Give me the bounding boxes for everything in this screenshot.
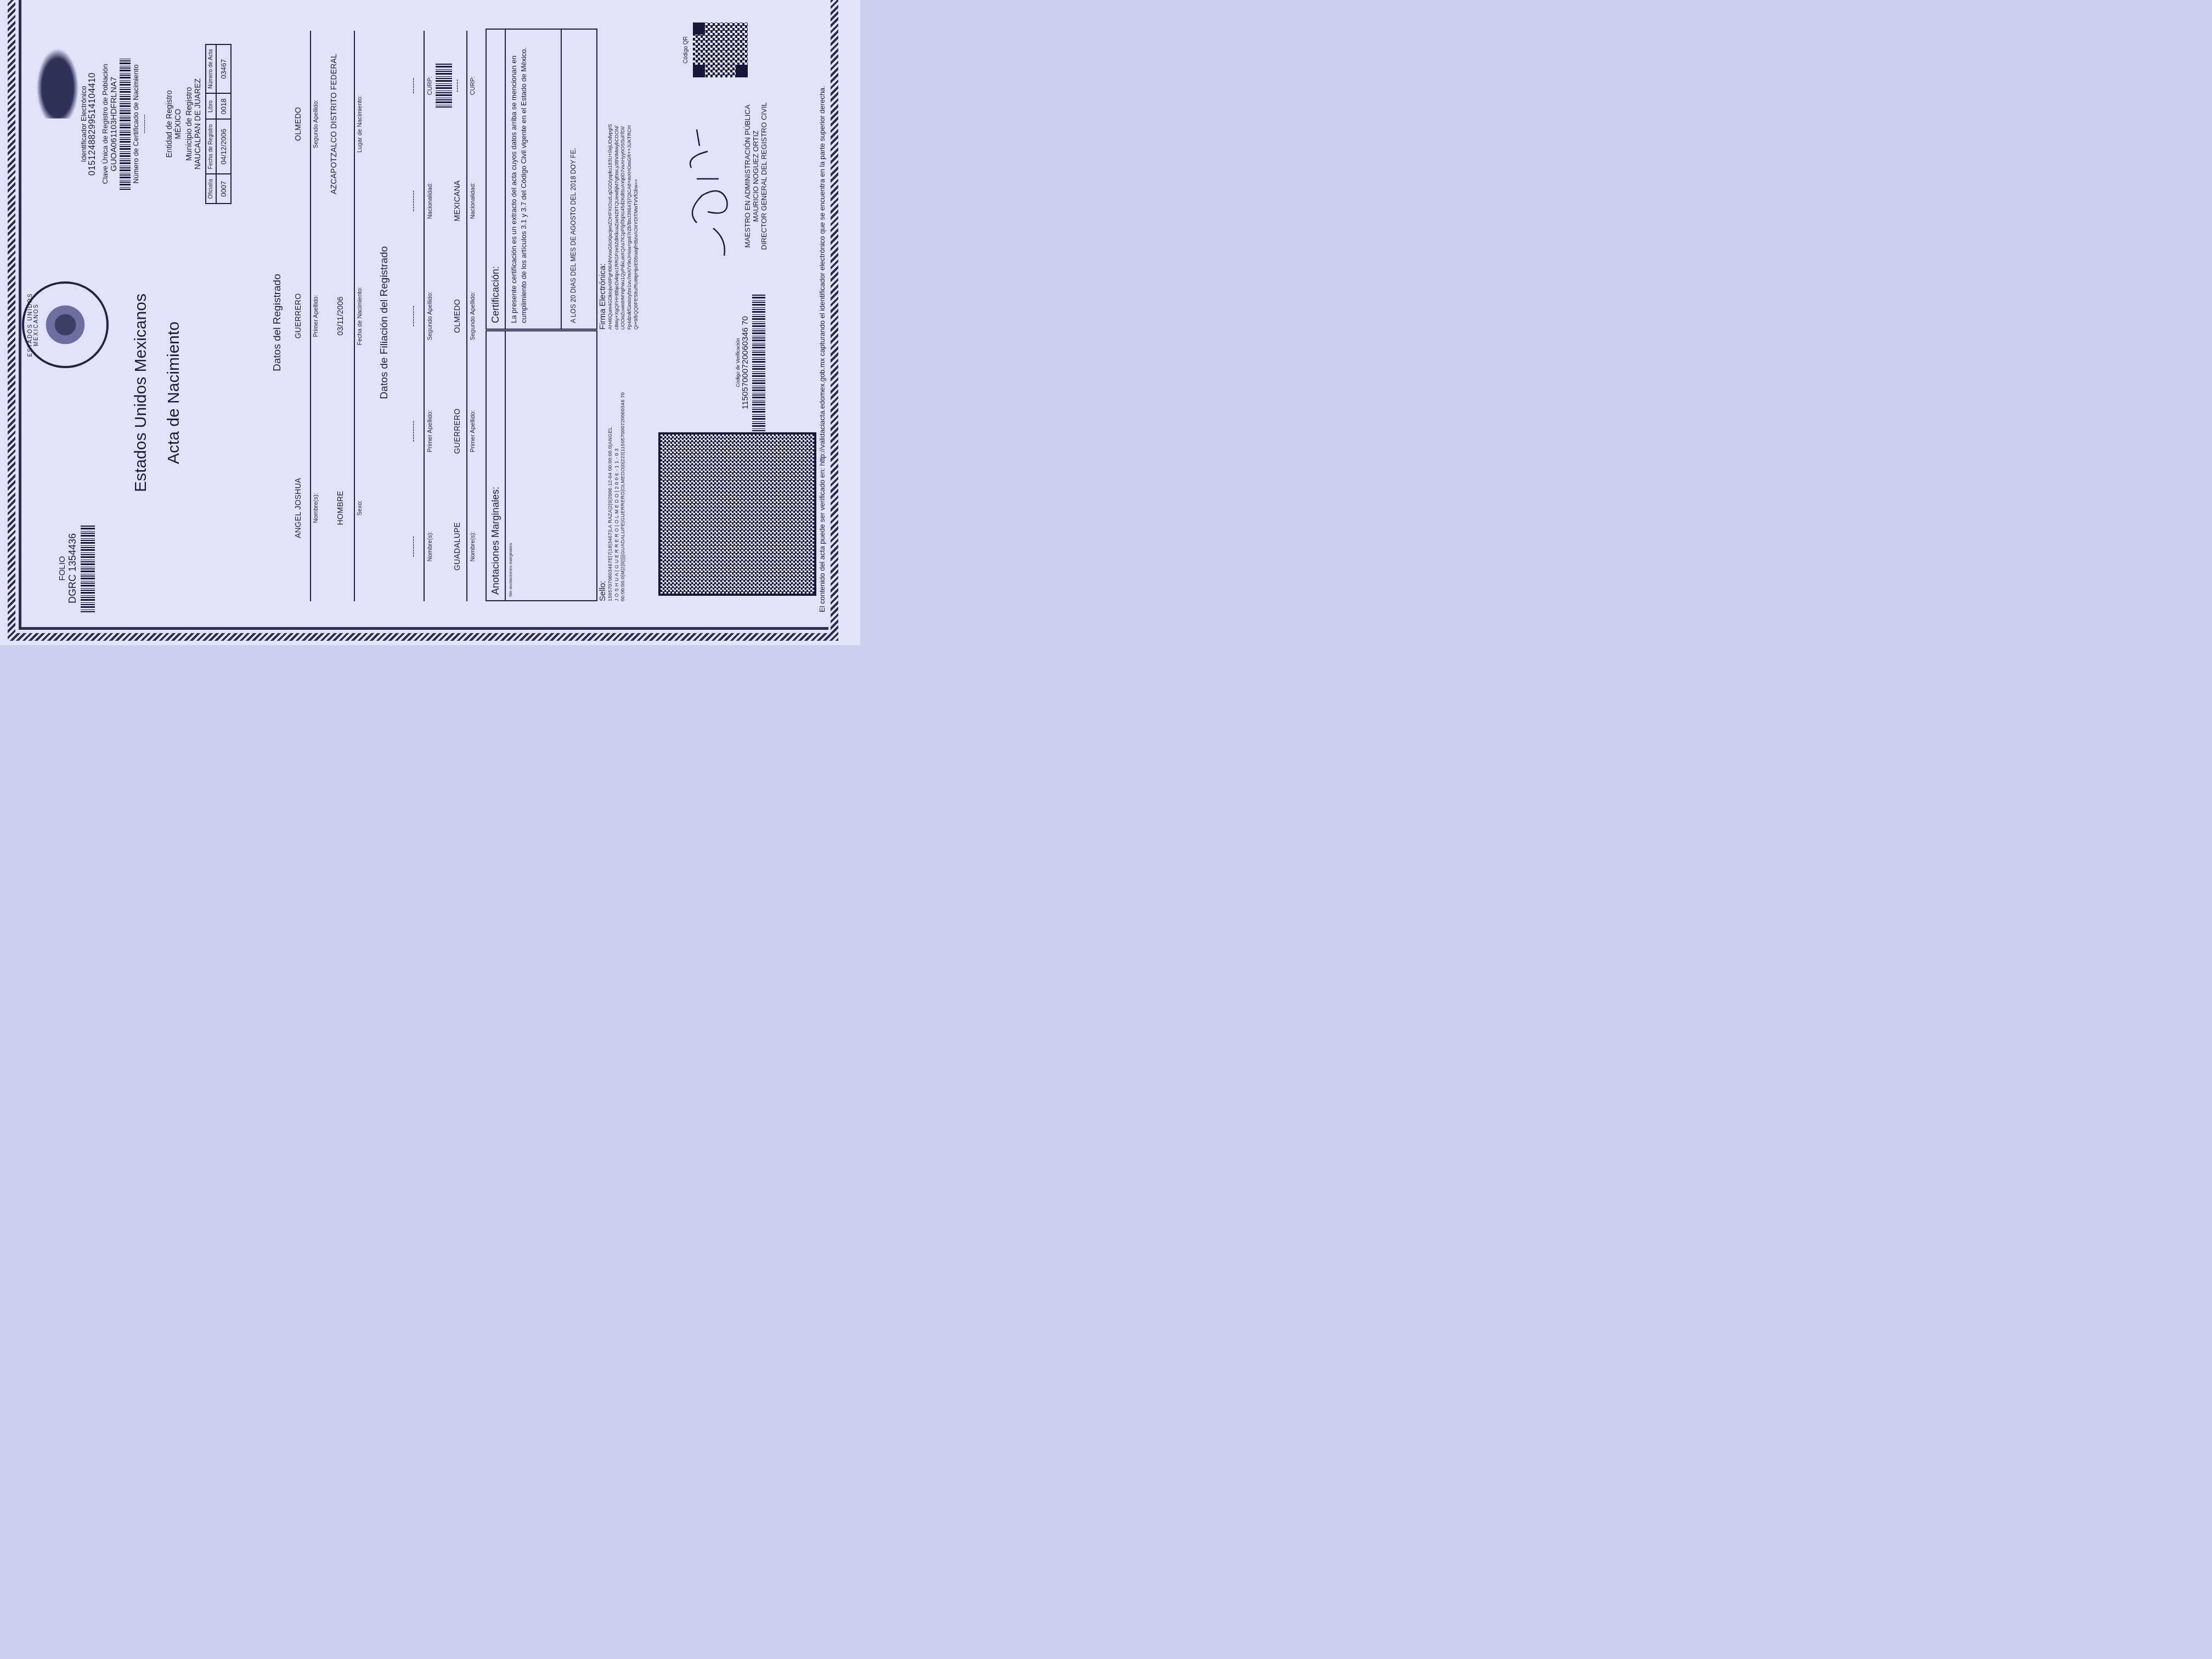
country-title: Estados Unidos Mexicanos	[132, 250, 150, 535]
registrant-birth-date: 03/11/2006	[336, 234, 345, 398]
certification-date: A LOS 20 DIAS DEL MES DE AGOSTO DEL 2018…	[562, 30, 585, 329]
divider	[310, 31, 311, 601]
registrant-first-surname: GUERRERO	[294, 234, 302, 398]
signature-line: c8my+XgQFHHBbjeDvktpo1RRGPze9ZdIKkoaZseN…	[614, 31, 620, 330]
folio-block: FOLIO DGRC 1354436	[58, 524, 95, 612]
qr-code[interactable]	[691, 21, 749, 79]
label-mother-nationality: Nacionalidad:	[470, 146, 476, 256]
verification-barcode	[752, 294, 765, 431]
certification-body: La presente certificación es un extracto…	[506, 30, 562, 329]
registry-block: Entidad de Registro MÉXICO Municipio de …	[165, 25, 232, 223]
certification-title: Certificación:	[487, 30, 506, 329]
municipality-label: Municipio de Registro	[184, 25, 193, 223]
value-libro: 0018	[216, 93, 231, 119]
seal-block: Sello: 15057070603467E|7|18|3467|LA RAZA…	[598, 332, 627, 601]
header-libro: Libro	[206, 93, 216, 119]
qr-block: Código QR	[683, 20, 749, 80]
verification-footnote: El contenido del acta puede ser verifica…	[817, 20, 827, 612]
label-birth-date: Fecha de Nacimiento:	[357, 234, 363, 398]
divider	[466, 31, 467, 601]
birth-cert-number-label: Número de Certificado de Nacimiento	[132, 31, 140, 217]
mother-second-surname: OLMEDO	[453, 261, 461, 371]
entity-value: MÉXICO	[173, 25, 182, 223]
registrant-birth-place: AZCAPOTZALCO DISTRITO FEDERAL	[329, 42, 338, 206]
curp-label: Clave Única de Registro de Población	[101, 31, 109, 217]
annotations-box: Anotaciones Marginales: Sin anotaciones …	[486, 330, 597, 601]
birth-certificate-document: FOLIO DGRC 1354436 ESTADOS UNIDOS MEXICA…	[0, 0, 860, 645]
seal-line: 15057070603467E|7|18|3467|LA RAZA|2|9|20…	[607, 332, 614, 601]
handwritten-signature-icon	[675, 124, 741, 261]
label-mother-first-surname: Primer Apellido:	[470, 376, 476, 486]
registry-table: Oficialía Fecha de Registro Libro Número…	[205, 44, 232, 204]
signature-line: AH40Qum4GDkIojvA0PgH06AbVxwG6cKjxcjenZOH…	[607, 31, 614, 330]
seal-line: 00:00:00.0|M|2|9|||||GUADALUPE|GUERRERO|…	[620, 332, 627, 601]
annotations-title: Anotaciones Marginales:	[487, 331, 506, 600]
label-birth-place: Lugar de Nacimiento:	[357, 42, 363, 206]
father-values: -------- -------- -------- -------- ----…	[409, 31, 425, 601]
registrant-sex: HOMBRE	[336, 426, 345, 590]
label-father-second-surname: Segundo Apellido:	[427, 261, 433, 371]
verification-label: Código de Verificación	[735, 294, 741, 431]
verification-value: 115057000720060346 70	[741, 294, 750, 431]
national-seal-icon: ESTADOS UNIDOS MEXICANOS	[22, 281, 109, 368]
mother-curp: -----	[453, 31, 461, 140]
curp-value: GUOA061103HDFRLNA7	[109, 31, 119, 217]
label-father-names: Nombre(s):	[427, 492, 433, 601]
signature-label: Firma Electrónica:	[598, 31, 607, 330]
parents-section-title: Datos de Filiación del Registrado	[379, 0, 391, 645]
entity-label: Entidad de Registro	[165, 25, 173, 223]
mother-nationality: MEXICANA	[453, 146, 461, 256]
label-names: Nombre(s):	[313, 426, 319, 590]
certification-box: Certificación: La presente certificación…	[486, 29, 597, 330]
electronic-id-value: 01512488299514104410	[88, 31, 98, 217]
qr-label: Código QR	[683, 20, 689, 80]
signature-block: Firma Electrónica: AH40Qum4GDkIojvA0PgH0…	[598, 31, 639, 330]
value-oficialia: 0007	[216, 174, 231, 204]
seal-line: J O S H U A | G U E R R E R O | O L M E …	[614, 332, 620, 601]
value-numero-acta: 03467	[216, 44, 231, 94]
header-fecha-registro: Fecha de Registro	[206, 119, 216, 174]
folio-label: FOLIO	[58, 524, 67, 612]
seal-text: ESTADOS UNIDOS MEXICANOS	[27, 284, 39, 366]
value-fecha-registro: 04/12/2006	[216, 119, 231, 174]
verification-block: Código de Verificación 11505700072006034…	[735, 294, 765, 431]
mother-names: GUADALUPE	[453, 492, 461, 601]
signature-line: Fp4dzvkfGmIsIyfze1vu7mX/Y9nJHsIa+gs67rZb…	[627, 31, 633, 330]
label-mother-names: Nombre(s):	[470, 492, 476, 601]
annotations-content: Sin anotaciones marginales	[506, 331, 515, 600]
header-oficialia: Oficialía	[206, 174, 216, 204]
father-nationality: --------	[409, 146, 417, 256]
father-curp: ------	[409, 31, 417, 140]
header-numero-acta: Número de Acta	[206, 44, 216, 94]
label-father-nationality: Nacionalidad:	[427, 146, 433, 256]
document-title: Acta de Nacimiento	[165, 250, 183, 535]
mother-first-surname: GUERRERO	[453, 376, 461, 486]
label-mother-curp: CURP:	[470, 31, 476, 140]
label-second-surname: Segundo Apellido:	[313, 42, 319, 206]
father-names: --------	[409, 492, 417, 601]
folio-barcode	[81, 524, 95, 612]
signature-line: UOOnZuvm9IMYqPwu1QyPdxLmXQAs7K1pP/pf3qXc…	[620, 31, 627, 330]
seal-label: Sello:	[598, 332, 607, 601]
signer-title: DIRECTOR GENERAL DEL REGISTRO CIVIL	[760, 58, 768, 294]
birth-cert-number-value: --------	[140, 31, 148, 217]
registrant-section-title: Datos del Registrado	[272, 0, 284, 645]
signer-degree: MAESTRO EN ADMINISTRACIÓN PÚBLICA	[743, 58, 752, 294]
father-first-surname: --------	[409, 376, 417, 486]
label-father-first-surname: Primer Apellido:	[427, 376, 433, 486]
father-curp-barcode	[436, 64, 452, 108]
municipality-value: NAUCALPAN DE JUAREZ	[193, 25, 202, 223]
label-father-curp: CURP:	[427, 31, 433, 140]
father-second-surname: --------	[409, 261, 417, 371]
divider	[354, 31, 355, 601]
seal-qr-code[interactable]	[658, 432, 816, 596]
signature-line: QI+9/bQQ0PES8u/RuWpHjsIE05ratqfHBzvAOIrY…	[633, 31, 640, 330]
curp-barcode	[120, 58, 131, 190]
label-sex: Sexo:	[357, 426, 363, 590]
state-map-icon	[33, 42, 82, 119]
label-mother-second-surname: Segundo Apellido:	[470, 261, 476, 371]
folio-value: DGRC 1354436	[67, 524, 78, 612]
registrant-second-surname: OLMEDO	[294, 42, 302, 206]
signer-block: MAESTRO EN ADMINISTRACIÓN PÚBLICA MAURIC…	[743, 58, 768, 294]
identifiers-block: Identificador Electrónico 01512488299514…	[80, 31, 148, 217]
registrant-names: ANGEL JOSHUA	[294, 426, 302, 590]
label-first-surname: Primer Apellido:	[313, 234, 319, 398]
divider	[424, 31, 425, 601]
signer-name: MAURICIO NOGUEZ ORTIZ	[752, 58, 760, 294]
